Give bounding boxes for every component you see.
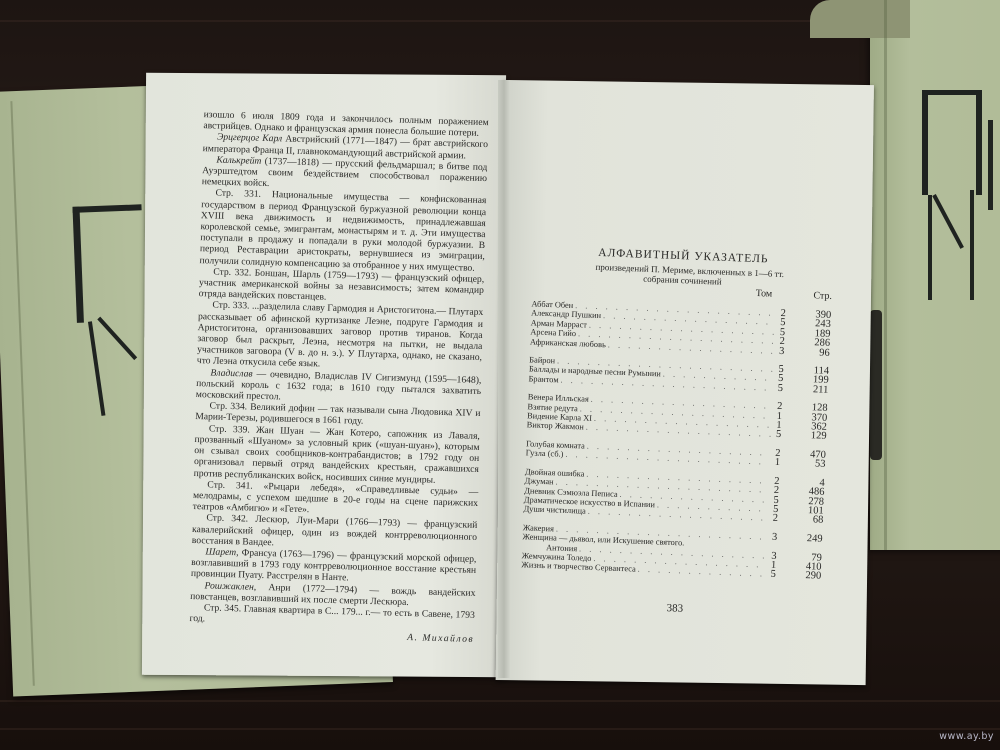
page-number: 383 bbox=[666, 602, 683, 615]
index-page: 53 bbox=[785, 459, 825, 470]
note-term: Рошжаклен bbox=[204, 580, 254, 592]
index-title: Виктор Жакмон bbox=[527, 421, 584, 433]
book-top-edge bbox=[810, 0, 910, 38]
index-page: 290 bbox=[781, 571, 821, 582]
index-volume: 2 bbox=[767, 514, 783, 524]
index-title: Души чистилища bbox=[523, 505, 586, 517]
index-block: АЛФАВИТНЫЙ УКАЗАТЕЛЬ произведений П. Мер… bbox=[521, 244, 833, 581]
spine-line bbox=[10, 101, 34, 686]
index-volume: 5 bbox=[765, 570, 781, 580]
index-volume: 3 bbox=[766, 532, 782, 542]
index-volume: 5 bbox=[770, 430, 786, 440]
index-title: Африканская любовь bbox=[530, 337, 606, 349]
cover-letter-m bbox=[970, 190, 974, 300]
right-book-cover bbox=[870, 0, 1000, 550]
column-header-tom: Том bbox=[744, 288, 784, 301]
cover-letter-m bbox=[88, 321, 106, 416]
note-paragraph: Стр. 331. Национальные имущества — конфи… bbox=[199, 188, 486, 274]
index-page bbox=[782, 549, 822, 551]
note-term: Эрцгерцог Карл bbox=[217, 132, 282, 145]
book-gutter bbox=[498, 80, 510, 678]
cover-letter-p bbox=[922, 90, 982, 195]
index-volume: 1 bbox=[769, 458, 785, 468]
note-term: Калькрейт bbox=[216, 154, 261, 166]
index-entries: Аббат Обен2390Александр Пушкин5243Арман … bbox=[521, 299, 831, 581]
watermark: www.ay.by bbox=[939, 731, 994, 742]
cover-letter-m bbox=[928, 195, 932, 300]
cover-letter-p bbox=[72, 204, 145, 323]
index-page: 129 bbox=[786, 431, 826, 442]
wood-grain bbox=[0, 700, 1000, 702]
index-page: 96 bbox=[790, 347, 830, 358]
index-volume: 5 bbox=[772, 384, 788, 394]
notes-text: изошло 6 июля 1809 года и закончилось по… bbox=[189, 109, 489, 645]
open-book: изошло 6 июля 1809 года и закончилось по… bbox=[140, 70, 880, 680]
index-letter-group: Венера Илльская2128Взятие редута1370Виде… bbox=[527, 393, 828, 442]
index-title: Гузла (сб.) bbox=[526, 449, 564, 460]
cover-letter-m bbox=[97, 317, 137, 360]
index-volume: 3 bbox=[774, 346, 790, 356]
note-paragraph: Стр. 333. ...разделила славу Гармодия и … bbox=[197, 300, 484, 375]
index-letter-group: Голубая комната2470Гузла (сб.)153 bbox=[526, 439, 827, 469]
column-header-str: Стр. bbox=[784, 289, 832, 302]
note-term: Владислав bbox=[210, 367, 252, 379]
index-letter-group: Аббат Обен2390Александр Пушкин5243Арман … bbox=[530, 299, 832, 358]
cover-letter-r bbox=[988, 120, 1000, 210]
cover-letter-m bbox=[932, 194, 964, 249]
left-page: изошло 6 июля 1809 года и закончилось по… bbox=[142, 73, 506, 677]
index-letter-group: Байрон5114Баллады и народные песни Румын… bbox=[528, 355, 829, 395]
index-page: 211 bbox=[788, 384, 828, 395]
note-paragraph: Стр. 339. Жан Шуан — Жан Котеро, сапожни… bbox=[194, 423, 480, 487]
index-page: 249 bbox=[782, 533, 822, 544]
index-letter-group: Жакерия3249Женщина — дьявол, или Искушен… bbox=[521, 523, 823, 582]
wood-grain bbox=[0, 728, 1000, 730]
index-volume bbox=[766, 549, 782, 550]
spine-line bbox=[884, 0, 887, 550]
index-letter-group: Двойная ошибка24Джуман2486Дневник Сэмюэл… bbox=[523, 467, 825, 526]
index-page: 68 bbox=[783, 515, 823, 526]
note-term: Шарет bbox=[205, 546, 236, 558]
right-page: АЛФАВИТНЫЙ УКАЗАТЕЛЬ произведений П. Мер… bbox=[496, 80, 874, 685]
index-title: Брантом bbox=[528, 374, 558, 385]
